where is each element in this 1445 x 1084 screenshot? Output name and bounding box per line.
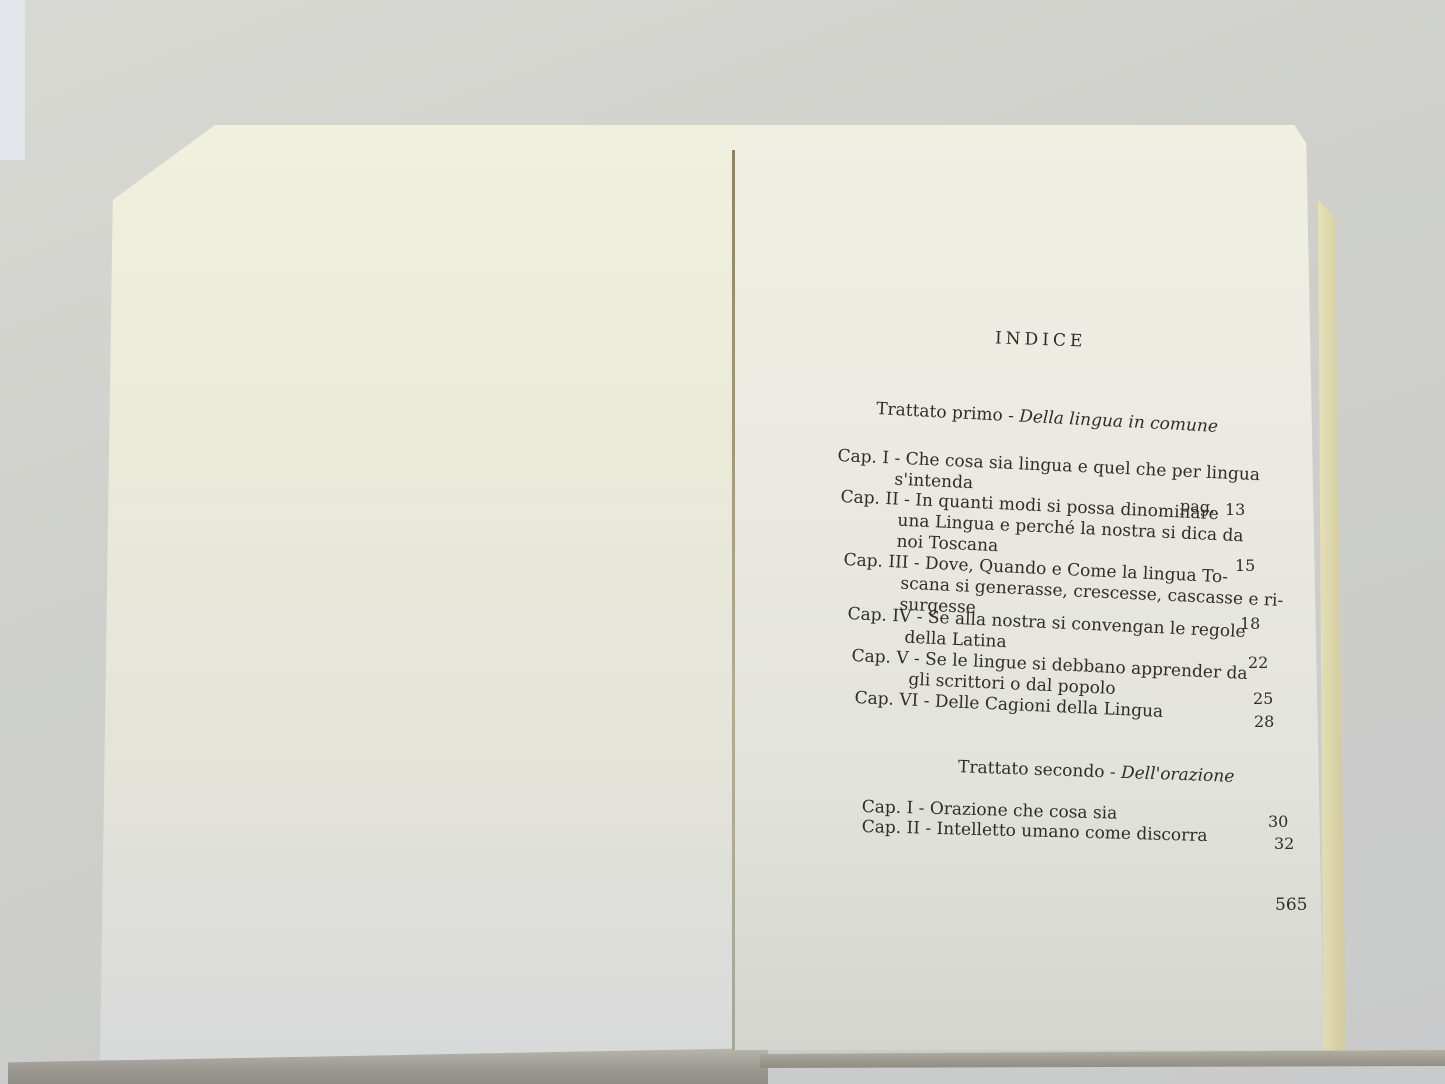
chapter-label: Cap. I [837,446,889,468]
page-ref: 28 [1254,712,1274,731]
chapter-label: Cap. II [840,487,899,510]
index-title: INDICE [995,328,1087,351]
open-book: INDICE Trattato primo - Della lingua in … [0,0,1445,1084]
chapter-label: Cap. III [843,550,909,573]
section-subtitle: Dell'orazione [1121,763,1235,787]
page-ref: 22 [1248,653,1268,672]
chapter-label: Cap. V [851,646,909,669]
right-page-block-edge [1318,200,1346,1060]
page-number: 565 [1275,895,1307,915]
page-ref: 25 [1253,689,1273,708]
section-separator: - [1104,762,1121,783]
chapter-label: Cap. VI [854,688,919,711]
page-ref: 30 [1268,812,1288,831]
right-page-bottom-edge [760,1048,1445,1068]
chapter-label: Cap. I [861,797,913,818]
chapter-label: Cap. II [861,817,920,839]
page-ref: 32 [1274,834,1294,853]
section-separator: - [1002,406,1020,427]
book-gutter [732,150,735,1050]
left-page-blank [100,125,740,1060]
chapter-label: Cap. IV [847,604,912,627]
